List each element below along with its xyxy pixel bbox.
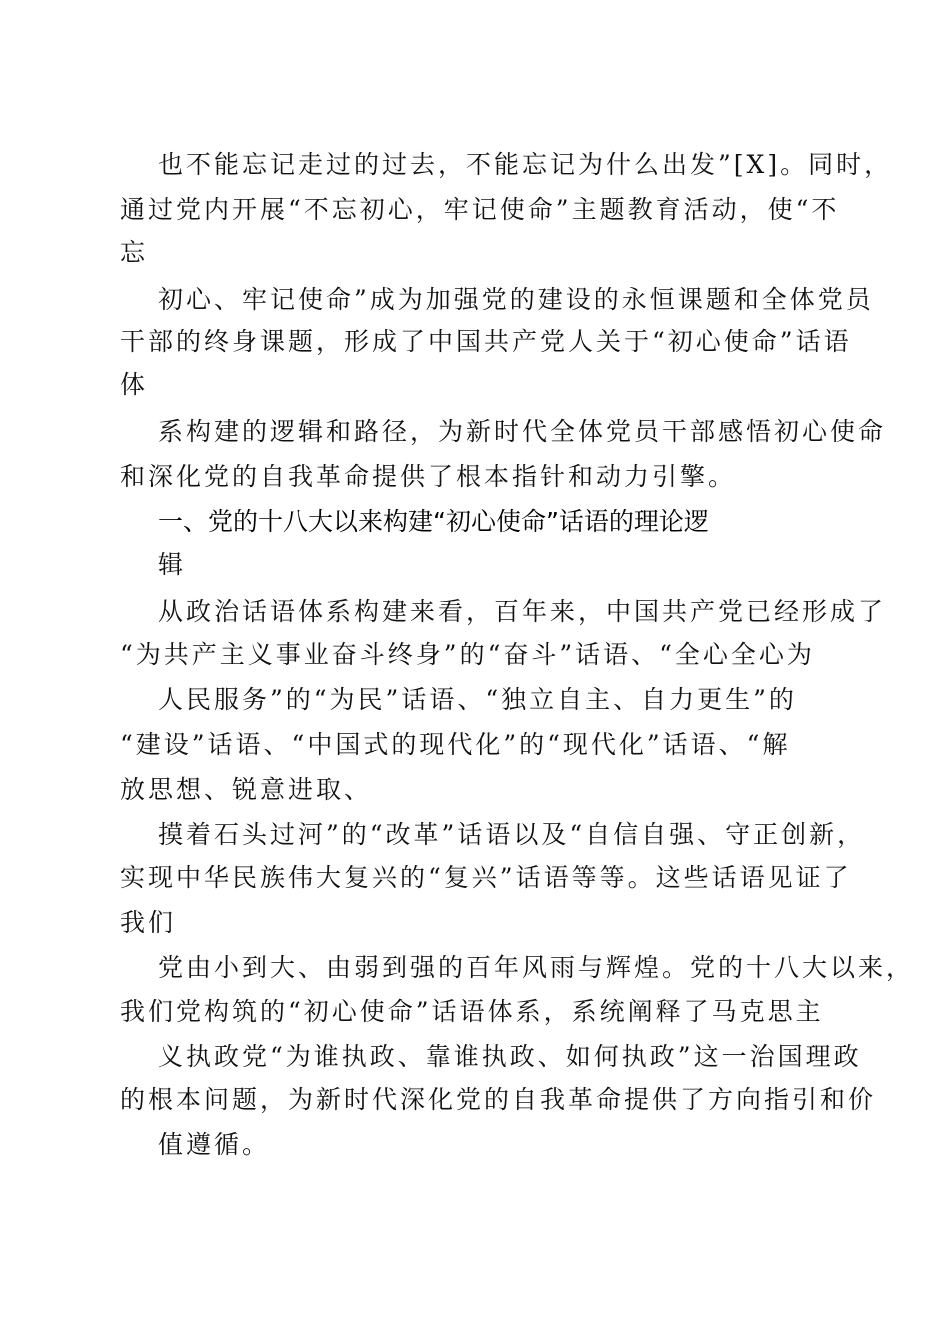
body-text-line: 干部的终身课题，形成了中国共产党人关于“初心使命”话语	[120, 327, 852, 357]
body-text-line: 和深化党的自我革命提供了根本指针和动力引擎。	[120, 462, 736, 492]
section-heading: 一、党的十八大以来构建“初心使命”话语的理论逻	[158, 507, 709, 537]
body-text-line: 值遵循。	[158, 1130, 270, 1160]
body-text-line: “建设”话语、“中国式的现代化”的“现代化”话语、“解	[120, 730, 790, 760]
body-text-line: 系构建的逻辑和路径，为新时代全体党员干部感悟初心使命	[158, 417, 886, 447]
body-text-line: 摸着石头过河”的“改革”话语以及“自信自强、守正创新，	[158, 820, 865, 850]
body-text-line: 党由小到大、由弱到强的百年风雨与辉煌。党的十八大以来，	[158, 953, 914, 983]
document-page: 也不能忘记走过的过去，不能忘记为什么出发”[X]。同时， 通过党内开展“不忘初心…	[0, 0, 950, 1344]
body-text-line: 我们	[120, 908, 176, 938]
body-text-line: 我们党构筑的“初心使命”话语体系，系统阐释了马克思主	[120, 997, 824, 1027]
body-text-line: “为共产主义事业奋斗终身”的“奋斗”话语、“全心全心为	[120, 640, 815, 670]
body-text-line: 体	[120, 370, 148, 400]
body-text-line: 的根本问题，为新时代深化党的自我革命提供了方向指引和价	[120, 1085, 876, 1115]
body-text-line: 放思想、锐意进取、	[120, 775, 372, 805]
body-text-line: 也不能忘记走过的过去，不能忘记为什么出发”[X]。同时，	[158, 150, 892, 180]
section-heading-continuation: 辑	[158, 550, 186, 580]
body-text-line: 实现中华民族伟大复兴的“复兴”话语等等。这些话语见证了	[120, 863, 852, 893]
body-text-line: 忘	[120, 238, 148, 268]
body-text-line: 初心、牢记使命”成为加强党的建设的永恒课题和全体党员	[158, 285, 874, 315]
body-text-line: 人民服务”的“为民”话语、“独立自主、自力更生”的	[158, 685, 797, 715]
body-text-line: 从政治话语体系构建来看，百年来，中国共产党已经形成了	[158, 597, 886, 627]
body-text-line: 义执政党“为谁执政、靠谁执政、如何执政”这一治国理政	[158, 1042, 862, 1072]
body-text-line: 通过党内开展“不忘初心，牢记使命”主题教育活动，使“不	[120, 195, 839, 225]
